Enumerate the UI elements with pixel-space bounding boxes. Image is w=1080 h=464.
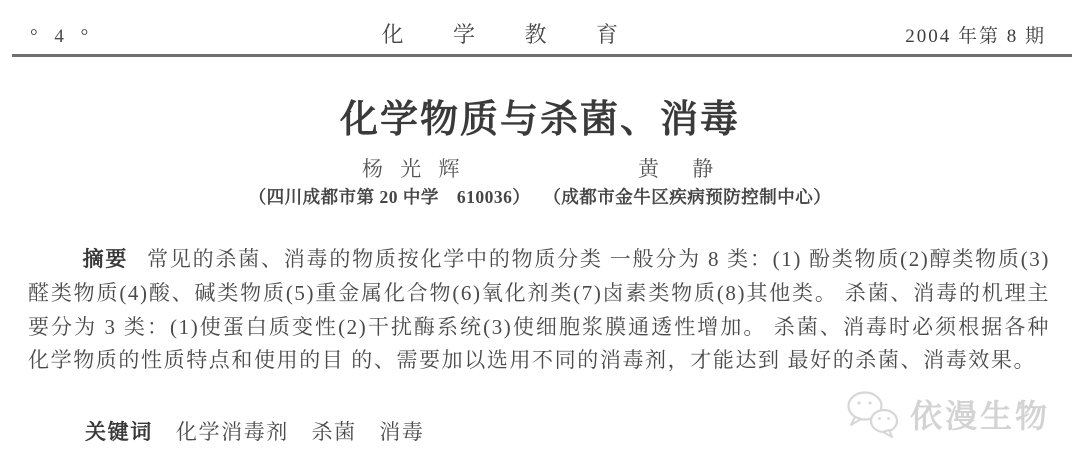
watermark: 依漫生物: [844, 390, 1050, 438]
page-number: ° 4 °: [30, 26, 94, 48]
abstract-paragraph: 摘要常见的杀菌、消毒的物质按化学中的物质分类 一般分为 8 类：(1) 酚类物质…: [28, 243, 1050, 378]
journal-page: ° 4 ° 化 学 教 育 2004 年第 8 期 化学物质与杀菌、消毒 杨 光…: [0, 0, 1080, 464]
keywords-label: 关键词: [85, 420, 153, 444]
author-affiliation-2: （成都市金牛区疾病预防控制中心）: [543, 187, 831, 207]
abstract-text: 常见的杀菌、消毒的物质按化学中的物质分类 一般分为 8 类：(1) 酚类物质(2…: [28, 247, 1050, 372]
abstract-label: 摘要: [83, 247, 129, 271]
issue-label: 2004 年第 8 期: [905, 21, 1046, 48]
affiliations-row: （四川成都市第 20 中学 610036） （成都市金牛区疾病预防控制中心）: [0, 184, 1080, 209]
authors-row: 杨 光 辉 黄 静: [0, 153, 1080, 179]
author-affiliation-1: （四川成都市第 20 中学 610036）: [249, 187, 531, 207]
wechat-bubbles-icon: [844, 390, 902, 438]
author-name-1: 杨 光 辉: [362, 153, 466, 183]
author-name-2: 黄 静: [638, 153, 727, 183]
keywords-line: 关键词化学消毒剂 杀菌 消毒: [28, 416, 425, 446]
journal-title: 化 学 教 育: [359, 18, 640, 49]
watermark-text: 依漫生物: [910, 391, 1050, 437]
header-rule: [12, 54, 1072, 57]
running-head: ° 4 ° 化 学 教 育 2004 年第 8 期: [30, 18, 1046, 49]
keywords-text: 化学消毒剂 杀菌 消毒: [176, 420, 425, 444]
article-title: 化学物质与杀菌、消毒: [0, 88, 1080, 143]
